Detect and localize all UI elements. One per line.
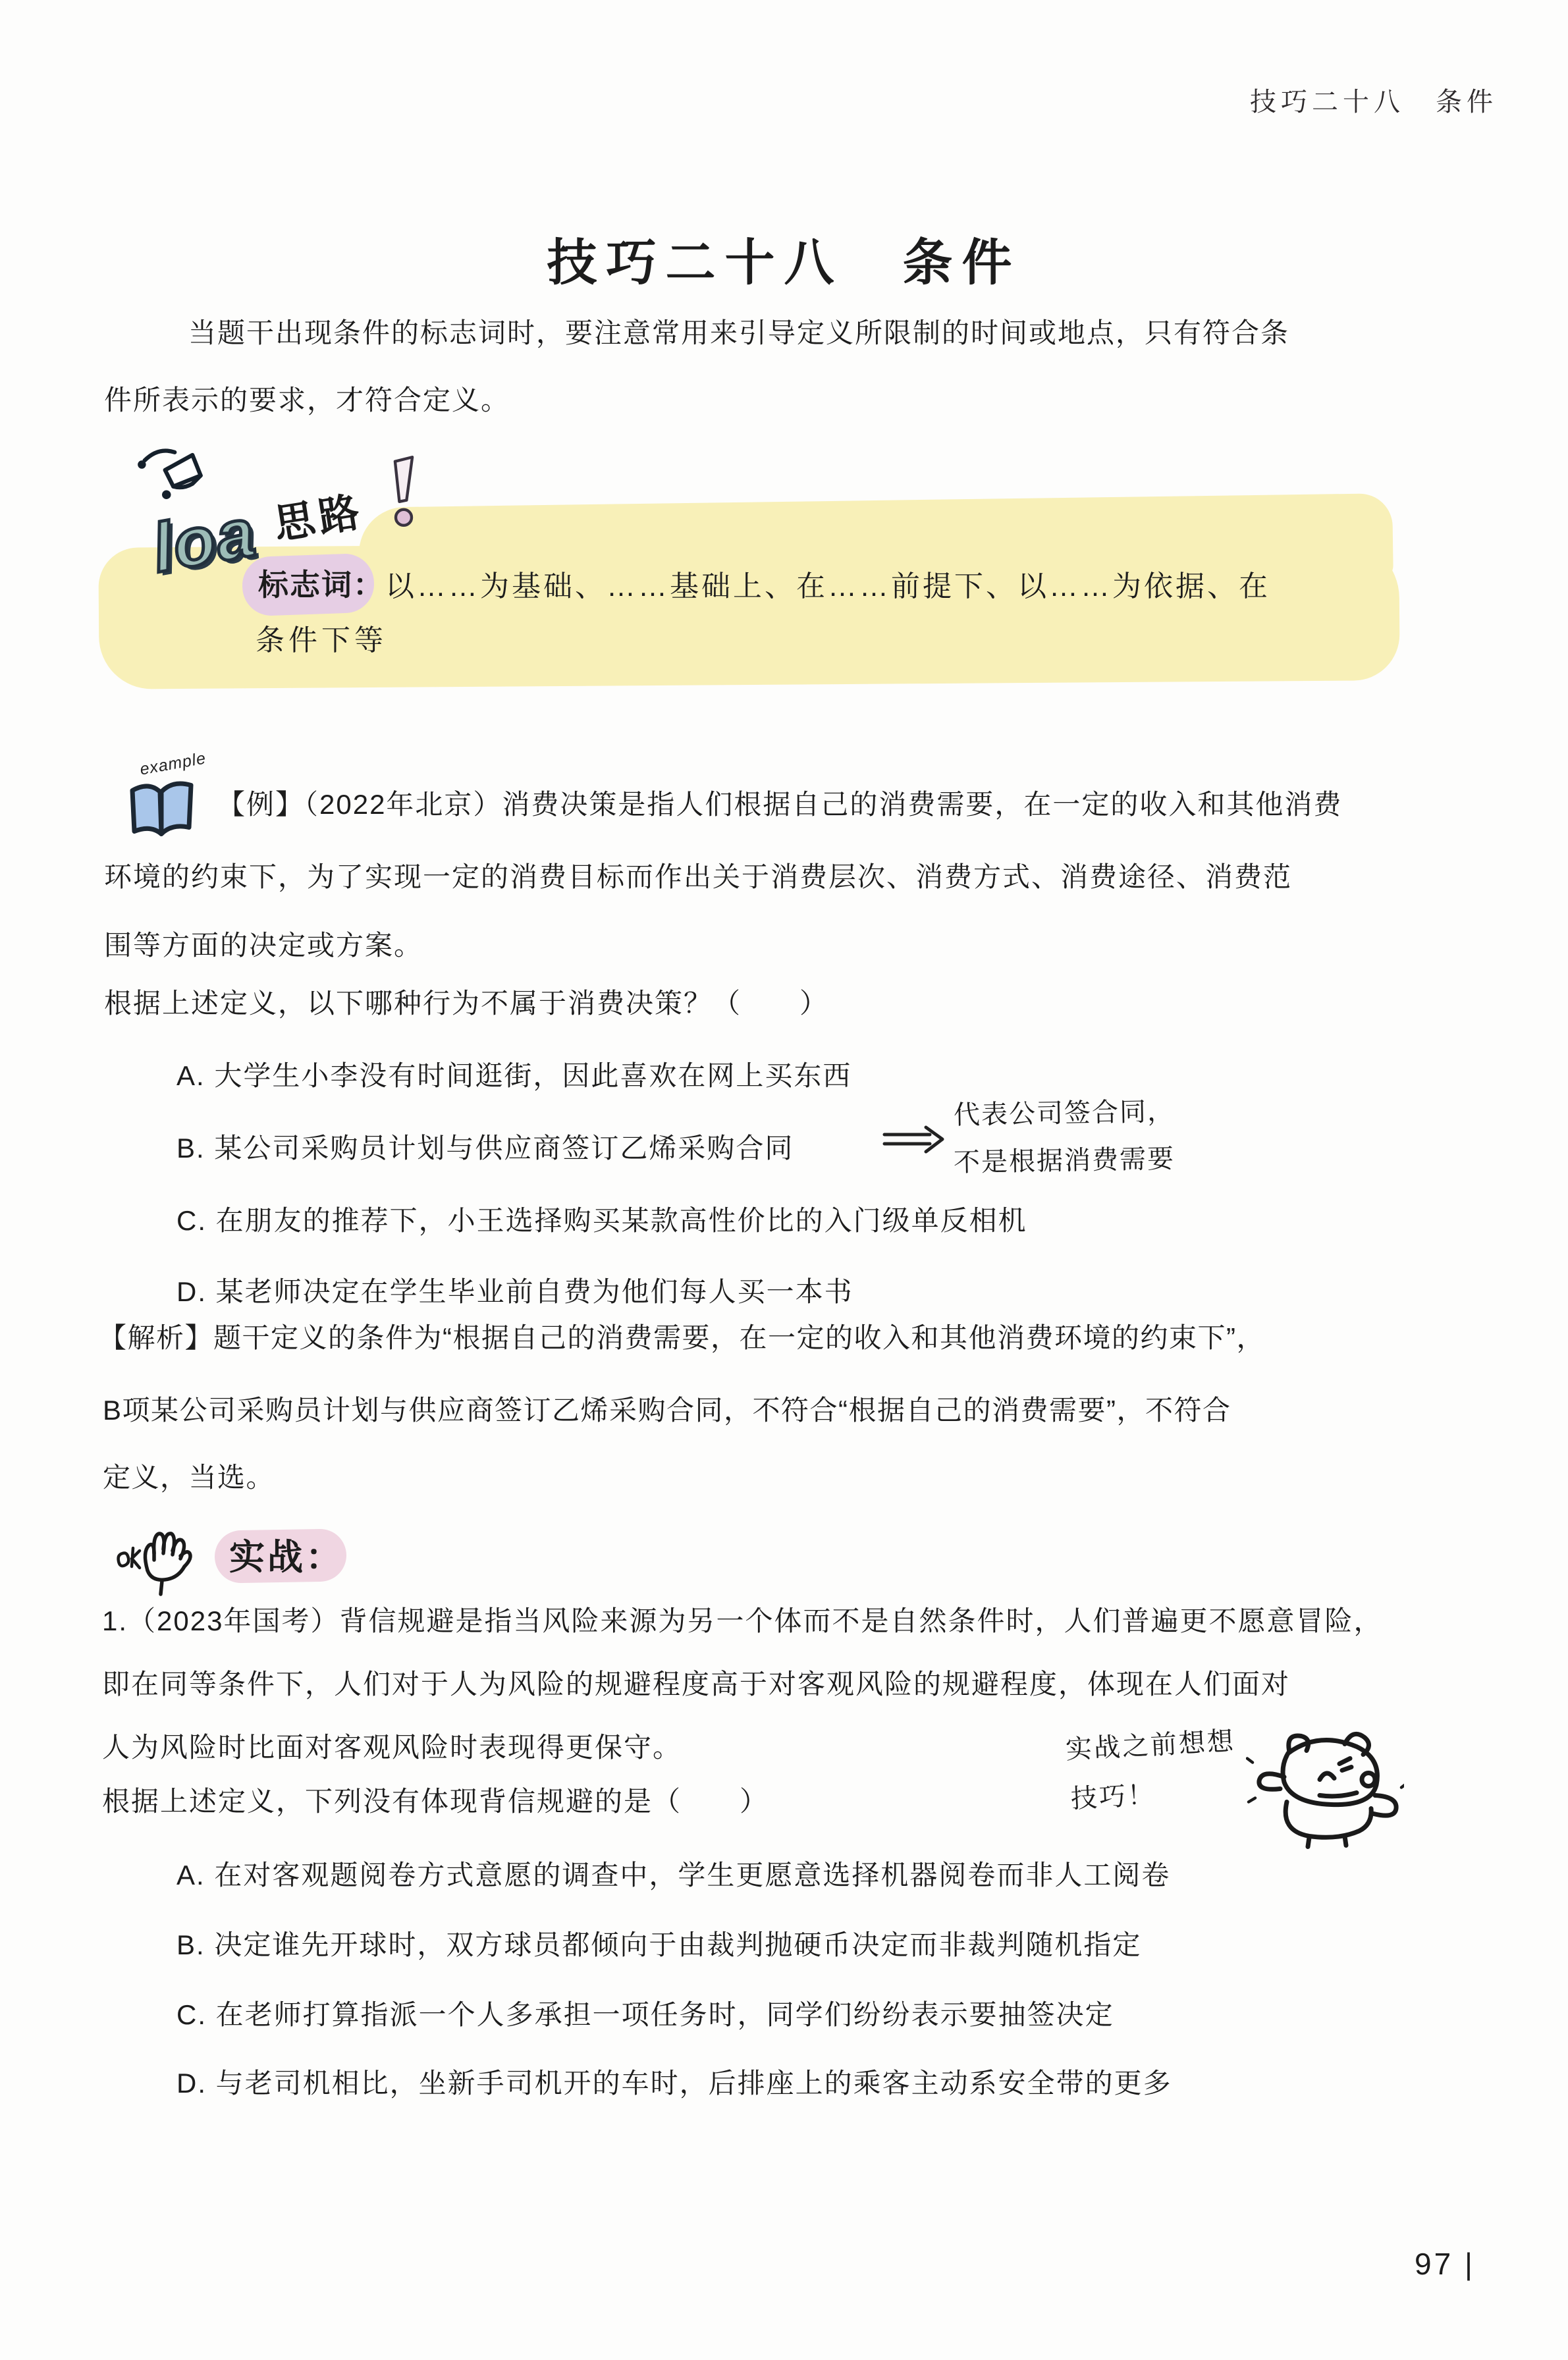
example-option-d: D. 某老师决定在学生毕业前自费为他们每人买一本书 [176,1276,853,1308]
silu-heading: 思路 [271,489,366,549]
example-question-line: 根据上述定义，以下哪种行为不属于消费决策？（ ） [104,988,828,1019]
page-number: 97 | [1415,2247,1475,2282]
example-line: 围等方面的决定或方案。 [104,930,423,961]
textbook-page: 技巧二十八 条件 技巧二十八 条件 当题干出现条件的标志词时，要注意常用来引导定… [0,0,1568,2360]
megaphone-doodle-icon [135,445,224,500]
example-option-b: B. 某公司采购员计划与供应商签订乙烯采购合同 [176,1133,794,1164]
practice-option-a: A. 在对客观题阅卷方式意愿的调查中，学生更愿意选择机器阅卷而非人工阅卷 [176,1860,1170,1891]
practice-option-d: D. 与老司机相比，坐新手司机开的车时，后排座上的乘客主动系安全带的更多 [176,2068,1172,2099]
option-b-note-line: 代表公司签合同， [954,1096,1176,1131]
margin-note-line: 实战之前想想 [1065,1726,1236,1765]
analysis-line: 定义，当选。 [103,1462,275,1493]
implies-arrow-icon [881,1121,947,1159]
practice-q1-question-line: 根据上述定义，下列没有体现背信规避的是（ ） [102,1786,769,1817]
example-book-icon [122,769,202,851]
practice-q1-line: 即在同等条件下，人们对于人为风险的规避程度高于对客观风险的规避程度，体现在人们面… [102,1669,1290,1700]
practice-q1-line: 1.（2023年国考）背信规避是指当风险来源为另一个体而不是自然条件时，人们普遍… [102,1605,1382,1637]
page-title: 技巧二十八 条件 [0,234,1568,292]
example-option-a: A. 大学生小李没有时间逛街，因此喜欢在网上买东西 [176,1060,852,1092]
practice-option-b: B. 决定谁先开球时，双方球员都倾向于由裁判抛硬币决定而非裁判随机指定 [176,1929,1141,1961]
analysis-line: B项某公司采购员计划与供应商签订乙烯采购合同，不符合“根据自己的消费需要”，不符… [103,1395,1231,1426]
keyword-label: 标志词： [258,568,385,603]
ok-hand-icon [113,1518,212,1599]
exclamation-icon [387,456,420,535]
practice-q1-line: 人为风险时比面对客观风险时表现得更保守。 [102,1732,682,1763]
keyword-line: 以……为基础、……基础上、在……前提下、以……为依据、在 [385,570,1270,604]
example-line: 【例】（2022年北京）消费决策是指人们根据自己的消费需要，在一定的收入和其他消… [217,789,1342,820]
example-option-c: C. 在朋友的推荐下，小王选择购买某款高性价比的入门级单反相机 [176,1205,1027,1237]
analysis-line: 【解析】题干定义的条件为“根据自己的消费需要，在一定的收入和其他消费环境的约束下… [99,1322,1265,1354]
intro-line: 当题干出现条件的标志词时，要注意常用来引导定义所限制的时间或地点，只有符合条 [188,317,1289,349]
running-header: 技巧二十八 条件 [1250,87,1498,117]
keyword-line: 条件下等 [256,624,387,658]
option-b-note-line: 不是根据消费需要 [954,1144,1176,1178]
practice-heading: 实战： [229,1537,344,1578]
bear-doodle-icon [1246,1720,1404,1855]
intro-line: 件所表示的要求，才符合定义。 [104,385,510,416]
example-line: 环境的约束下，为了实现一定的消费目标而作出关于消费层次、消费方式、消费途径、消费… [104,861,1292,893]
practice-option-c: C. 在老师打算指派一个人多承担一项任务时，同学们纷纷表示要抽签决定 [176,1999,1114,2031]
margin-note-line: 技巧！ [1070,1780,1156,1815]
